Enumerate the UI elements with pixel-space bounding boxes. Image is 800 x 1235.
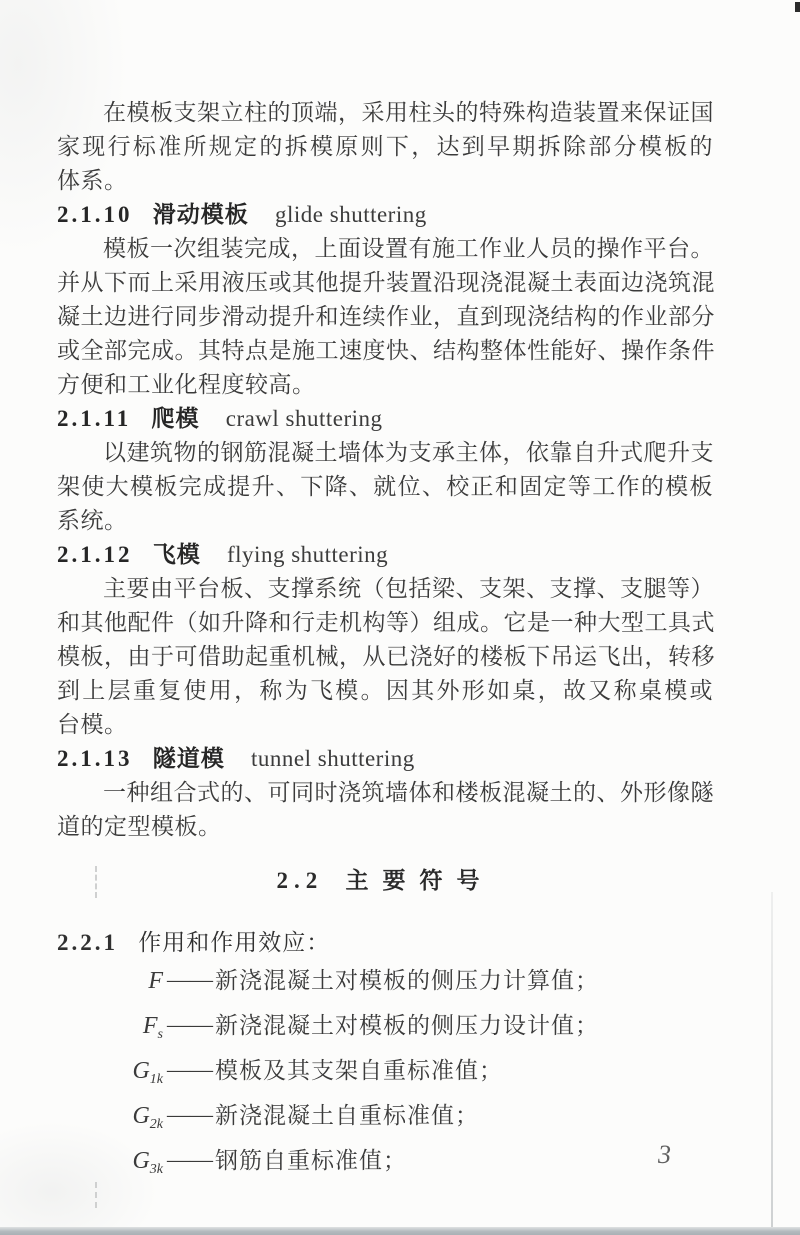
paragraph-line: 系统。 [57, 504, 713, 538]
clause-body-2-1-13: 一种组合式的、可同时浇筑墙体和楼板混凝土的、外形像隧 道的定型模板。 [57, 776, 713, 844]
subsection-heading-2-2-1: 2.2.1 作用和作用效应： [57, 926, 713, 960]
clause-heading-2-1-11: 2.1.11 爬模 crawl shuttering [57, 402, 713, 436]
section-number: 2.2 [277, 868, 324, 893]
em-dash: —— [167, 962, 213, 997]
symbol-name: G3k [57, 1144, 163, 1187]
em-dash: —— [167, 1142, 213, 1177]
clause-body-2-1-10: 模板一次组装完成，上面设置有施工作业人员的操作平台。 并从下而上采用液压或其他提… [57, 232, 713, 402]
symbol-name: F [57, 964, 163, 1007]
paragraph-line: 方便和工业化程度较高。 [57, 368, 713, 402]
clause-body-2-1-12: 主要由平台板、支撑系统（包括梁、支架、支撑、支腿等） 和其他配件（如升降和行走机… [57, 572, 713, 742]
symbol-list: F——新浇混凝土对模板的侧压力计算值； Fs——新浇混凝土对模板的侧压力设计值；… [57, 962, 713, 1187]
symbol-row: G2k——新浇混凝土自重标准值； [57, 1097, 713, 1142]
symbol-name: G2k [57, 1099, 163, 1142]
symbol-row: G1k——模板及其支架自重标准值； [57, 1052, 713, 1097]
clause-number: 2.1.11 [57, 406, 131, 431]
scan-page-edge [771, 892, 773, 1229]
clause-term-zh: 爬模 [151, 406, 199, 431]
clause-term-zh: 隧道模 [153, 746, 225, 771]
clause-number: 2.1.10 [57, 202, 133, 227]
scan-speck [795, 2, 800, 12]
clause-term-en: tunnel shuttering [251, 746, 415, 771]
paragraph-line: 到上层重复使用，称为飞模。因其外形如桌，故又称桌模或 [57, 674, 713, 708]
symbol-description: 钢筋自重标准值； [215, 1148, 407, 1173]
paragraph-line: 模板一次组装完成，上面设置有施工作业人员的操作平台。 [57, 232, 713, 266]
paragraph-line: 或全部完成。其特点是施工速度快、结构整体性能好、操作条件 [57, 334, 713, 368]
paragraph-line: 家现行标准所规定的拆模原则下，达到早期拆除部分模板的 [57, 130, 713, 164]
paragraph-line: 道的定型模板。 [57, 810, 713, 844]
clause-term-en: crawl shuttering [226, 406, 383, 431]
page-number: 3 [658, 1140, 671, 1170]
em-dash: —— [167, 1052, 213, 1087]
symbol-name: Fs [57, 1009, 163, 1052]
clause-term-zh: 飞模 [153, 542, 201, 567]
section-title: 主要符号 [346, 868, 494, 893]
symbol-description: 新浇混凝土自重标准值； [215, 1103, 479, 1128]
section-heading-2-2: 2.2 主要符号 [57, 864, 713, 898]
subsection-title: 作用和作用效应： [138, 930, 330, 955]
em-dash: —— [167, 1097, 213, 1132]
paragraph-line: 台模。 [57, 708, 713, 742]
scan-dash-mark [95, 1182, 97, 1208]
paragraph-line: 和其他配件（如升降和行走机构等）组成。它是一种大型工具式 [57, 606, 713, 640]
symbol-row: F——新浇混凝土对模板的侧压力计算值； [57, 962, 713, 1007]
clause-heading-2-1-10: 2.1.10 滑动模板 glide shuttering [57, 198, 713, 232]
em-dash: —— [167, 1007, 213, 1042]
paragraph-line: 架使大模板完成提升、下降、就位、校正和固定等工作的模板 [57, 470, 713, 504]
symbol-description: 新浇混凝土对模板的侧压力设计值； [215, 1013, 599, 1038]
subsection-number: 2.2.1 [57, 930, 118, 955]
paragraph-line: 凝土边进行同步滑动提升和连续作业，直到现浇结构的作业部分 [57, 300, 713, 334]
document-page: 在模板支架立柱的顶端，采用柱头的特殊构造装置来保证国 家现行标准所规定的拆模原则… [0, 0, 800, 1235]
clause-number: 2.1.12 [57, 542, 133, 567]
paragraph-line: 并从下而上采用液压或其他提升装置沿现浇混凝土表面边浇筑混 [57, 266, 713, 300]
clause-term-en: glide shuttering [275, 202, 427, 227]
page-content: 在模板支架立柱的顶端，采用柱头的特殊构造装置来保证国 家现行标准所规定的拆模原则… [57, 96, 713, 1187]
symbol-description: 模板及其支架自重标准值； [215, 1058, 503, 1083]
clause-heading-2-1-13: 2.1.13 隧道模 tunnel shuttering [57, 742, 713, 776]
clause-heading-2-1-12: 2.1.12 飞模 flying shuttering [57, 538, 713, 572]
clause-number: 2.1.13 [57, 746, 133, 771]
paragraph-line: 模板，由于可借助起重机械，从已浇好的楼板下吊运飞出，转移 [57, 640, 713, 674]
symbol-name: G1k [57, 1054, 163, 1097]
scan-dash-mark [95, 866, 97, 898]
symbol-description: 新浇混凝土对模板的侧压力计算值； [215, 968, 599, 993]
paragraph-line: 以建筑物的钢筋混凝土墙体为支承主体，依靠自升式爬升支 [57, 436, 713, 470]
paragraph-line: 主要由平台板、支撑系统（包括梁、支架、支撑、支腿等） [57, 572, 713, 606]
paragraph-line: 体系。 [57, 164, 713, 198]
symbol-row: Fs——新浇混凝土对模板的侧压力设计值； [57, 1007, 713, 1052]
clause-term-zh: 滑动模板 [153, 202, 249, 227]
scan-bottom-edge [0, 1227, 800, 1235]
paragraph-line: 一种组合式的、可同时浇筑墙体和楼板混凝土的、外形像隧 [57, 776, 713, 810]
symbol-row: G3k——钢筋自重标准值； [57, 1142, 713, 1187]
intro-paragraph: 在模板支架立柱的顶端，采用柱头的特殊构造装置来保证国 家现行标准所规定的拆模原则… [57, 96, 713, 198]
clause-body-2-1-11: 以建筑物的钢筋混凝土墙体为支承主体，依靠自升式爬升支 架使大模板完成提升、下降、… [57, 436, 713, 538]
paragraph-line: 在模板支架立柱的顶端，采用柱头的特殊构造装置来保证国 [57, 96, 713, 130]
clause-term-en: flying shuttering [227, 542, 388, 567]
